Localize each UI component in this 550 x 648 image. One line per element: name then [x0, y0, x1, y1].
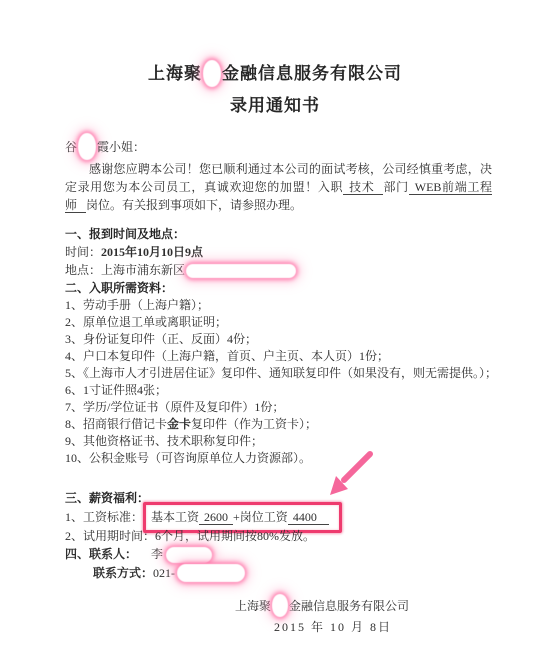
contact-phone-prefix: 021- [153, 566, 175, 580]
signature-company-suffix: 金融信息服务有限公司 [289, 599, 409, 613]
document-title: 上海聚金融信息服务有限公司 [0, 62, 550, 86]
intro-text: 部门 [383, 180, 408, 194]
section1-heading: 一、报到时间及地点： [65, 225, 492, 243]
offer-letter-document: 上海聚金融信息服务有限公司 录用通知书 谷霞小姐： 感谢您应聘本公司！您已顺利通… [0, 0, 550, 648]
report-time-line: 时间：2015年10月10日9点 [65, 243, 492, 261]
time-label: 时间： [65, 245, 101, 259]
post-salary-label: +岗位工资 [233, 510, 288, 524]
intro-text: 岗位。有关报到事项如下，请参照办理。 [86, 198, 302, 212]
post-salary-value: 4400 [288, 510, 329, 525]
material-item: 3、身份证复印件（正、反面）4份； [65, 331, 492, 348]
company-name-prefix: 上海聚 [148, 64, 202, 83]
recipient-suffix: 霞小姐： [97, 140, 145, 154]
material-item: 8、招商银行借记卡金卡复印件（作为工资卡）； [65, 416, 492, 433]
signature-date: 2015 年 10 月 8日 [65, 619, 492, 636]
material-item: 2、原单位退工单或离职证明； [65, 314, 492, 331]
section2-heading: 二、入职所需资料： [65, 279, 492, 297]
salary-label: 1、工资标准： [65, 510, 143, 524]
redaction-blob [167, 548, 211, 562]
contact-name: 李 [151, 547, 163, 561]
material-item: 4、户口本复印件（上海户籍，首页、户主页、本人页）1份； [65, 348, 492, 365]
redaction-blob [187, 265, 295, 277]
redaction-blob [204, 61, 220, 86]
intro-paragraph: 感谢您应聘本公司！您已顺利通过本公司的面试考核，公司经慎重考虑，决定录用您为本公… [65, 160, 492, 214]
greeting-line: 谷霞小姐： [65, 138, 492, 156]
base-salary-label: 基本工资 [151, 510, 199, 524]
place-label: 地点： [65, 263, 101, 277]
place-value: 上海市浦东新区 [101, 263, 185, 277]
company-signature: 上海聚金融信息服务有限公司 [65, 598, 492, 615]
material-item-text: 复印件（作为工资卡）； [191, 417, 317, 431]
contact-heading: 四、联系人： [65, 547, 137, 561]
salary-line: 1、工资标准：基本工资2600+岗位工资4400 [65, 507, 492, 527]
redaction-blob [178, 565, 244, 581]
probation-line: 2、试用期时间：6个月，试用期间按80%发放。 [65, 527, 492, 545]
material-item-text: 8、招商银行借记卡 [65, 417, 167, 431]
contact-person-line: 四、联系人：李 [65, 545, 492, 563]
redaction-blob [79, 134, 95, 159]
contact-method-label: 联系方式： [93, 566, 153, 580]
material-item: 6、1寸证件照4张； [65, 382, 492, 399]
materials-list: 1、劳动手册（上海户籍）； 2、原单位退工单或离职证明； 3、身份证复印件（正、… [65, 297, 492, 467]
material-item: 7、学历/学位证书（原件及复印件）1份； [65, 399, 492, 416]
signature-company-prefix: 上海聚 [235, 599, 271, 613]
base-salary-value: 2600 [199, 510, 233, 525]
material-item: 10、公积金账号（可咨询原单位人力资源部）。 [65, 450, 492, 467]
redaction-blob [273, 595, 287, 616]
department-value: 技术 [343, 180, 383, 195]
report-place-line: 地点：上海市浦东新区 [65, 261, 492, 279]
company-name-suffix: 金融信息服务有限公司 [222, 64, 402, 83]
highlight-arrow-icon [324, 447, 376, 503]
material-item: 1、劳动手册（上海户籍）； [65, 297, 492, 314]
time-value: 2015年10月10日9点 [101, 245, 203, 259]
notice-subtitle: 录用通知书 [0, 94, 550, 118]
material-item: 5、《上海市人才引进居住证》复印件、通知联复印件（如果没有，则无需提供。）； [65, 365, 492, 382]
contact-method-line: 联系方式：021- [65, 564, 492, 582]
recipient-surname: 谷 [65, 140, 77, 154]
material-item: 9、其他资格证书、技术职称复印件； [65, 433, 492, 450]
gold-card-emphasis: 金卡 [167, 417, 191, 431]
